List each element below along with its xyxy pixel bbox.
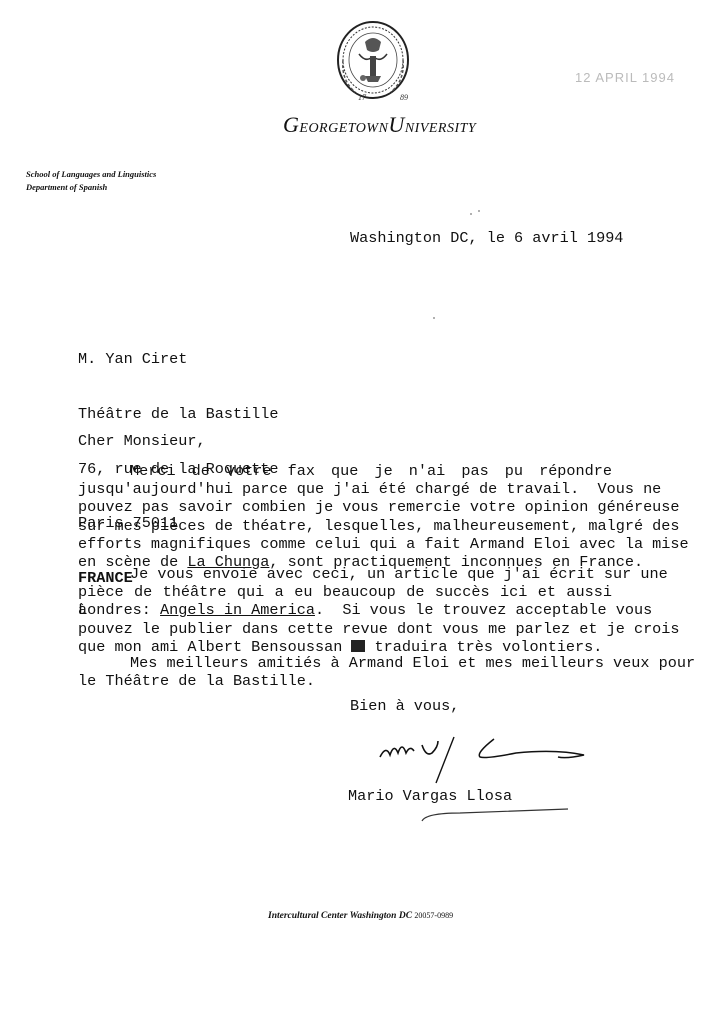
footer-address: Intercultural Center Washington DC 20057… bbox=[268, 911, 453, 921]
department-name: Department of Spanish bbox=[26, 181, 156, 194]
recipient-name: M. Yan Ciret bbox=[78, 350, 279, 368]
recipient-organization: Théâtre de la Bastille bbox=[78, 405, 279, 423]
paragraph-line: sur mes pièces de théatre, lesquelles, m… bbox=[78, 517, 612, 535]
closing: Bien à vous, bbox=[350, 697, 459, 715]
institution-wordmark: GEORGETOWNUNIVERSITY bbox=[283, 112, 476, 138]
school-name: School of Languages and Linguistics bbox=[26, 168, 156, 181]
scan-speck bbox=[433, 317, 435, 319]
play-title-angels-in-america: Angels in America bbox=[160, 601, 315, 619]
signer-name: Mario Vargas Llosa bbox=[348, 787, 512, 805]
footer-location: Intercultural Center Washington DC bbox=[268, 911, 412, 921]
paragraph-line: le Théâtre de la Bastille. bbox=[78, 672, 612, 690]
georgetown-seal-icon bbox=[335, 20, 411, 102]
received-stamp: 12 APRIL 1994 bbox=[575, 70, 675, 85]
paragraph-line: Merci de votre fax que je n'ai pas pu ré… bbox=[78, 462, 612, 480]
seal-year-left: 17 bbox=[358, 93, 366, 102]
paragraph-line: pouvez le publier dans cette revue dont … bbox=[78, 620, 612, 638]
body-paragraph-2: Je vous envoie avec ceci, un article que… bbox=[78, 565, 612, 656]
paragraph-line: Londres: Angels in America. Si vous le t… bbox=[78, 601, 612, 619]
paragraph-line: jusqu'aujourd'hui parce que j'ai été cha… bbox=[78, 480, 612, 498]
paragraph-line: Je vous envoie avec ceci, un article que… bbox=[78, 565, 612, 583]
scan-speck bbox=[478, 210, 480, 212]
paragraph-line: pouvez pas savoir combien je vous remerc… bbox=[78, 498, 612, 516]
date-line: Washington DC, le 6 avril 1994 bbox=[350, 229, 623, 247]
scan-speck bbox=[470, 213, 472, 215]
struck-out-word-mark bbox=[351, 640, 365, 652]
signature-flourish-icon bbox=[420, 805, 570, 827]
salutation: Cher Monsieur, bbox=[78, 432, 206, 450]
footer-zip: 20057-0989 bbox=[414, 911, 453, 920]
department-block: School of Languages and Linguistics Depa… bbox=[26, 168, 156, 194]
paragraph-line: Mes meilleurs amitiés à Armand Eloi et m… bbox=[78, 654, 612, 672]
paragraph-line: pièce de théâtre qui a eu beaucoup de su… bbox=[78, 583, 612, 601]
seal-year-right: 89 bbox=[400, 93, 408, 102]
seal-years: 17 89 bbox=[358, 93, 408, 102]
body-paragraph-1: Merci de votre fax que je n'ai pas pu ré… bbox=[78, 462, 612, 571]
body-paragraph-3: Mes meilleurs amitiés à Armand Eloi et m… bbox=[78, 654, 612, 690]
paragraph-line: efforts magnifiques comme celui qui a fa… bbox=[78, 535, 612, 553]
handwritten-signature-icon bbox=[376, 735, 591, 795]
